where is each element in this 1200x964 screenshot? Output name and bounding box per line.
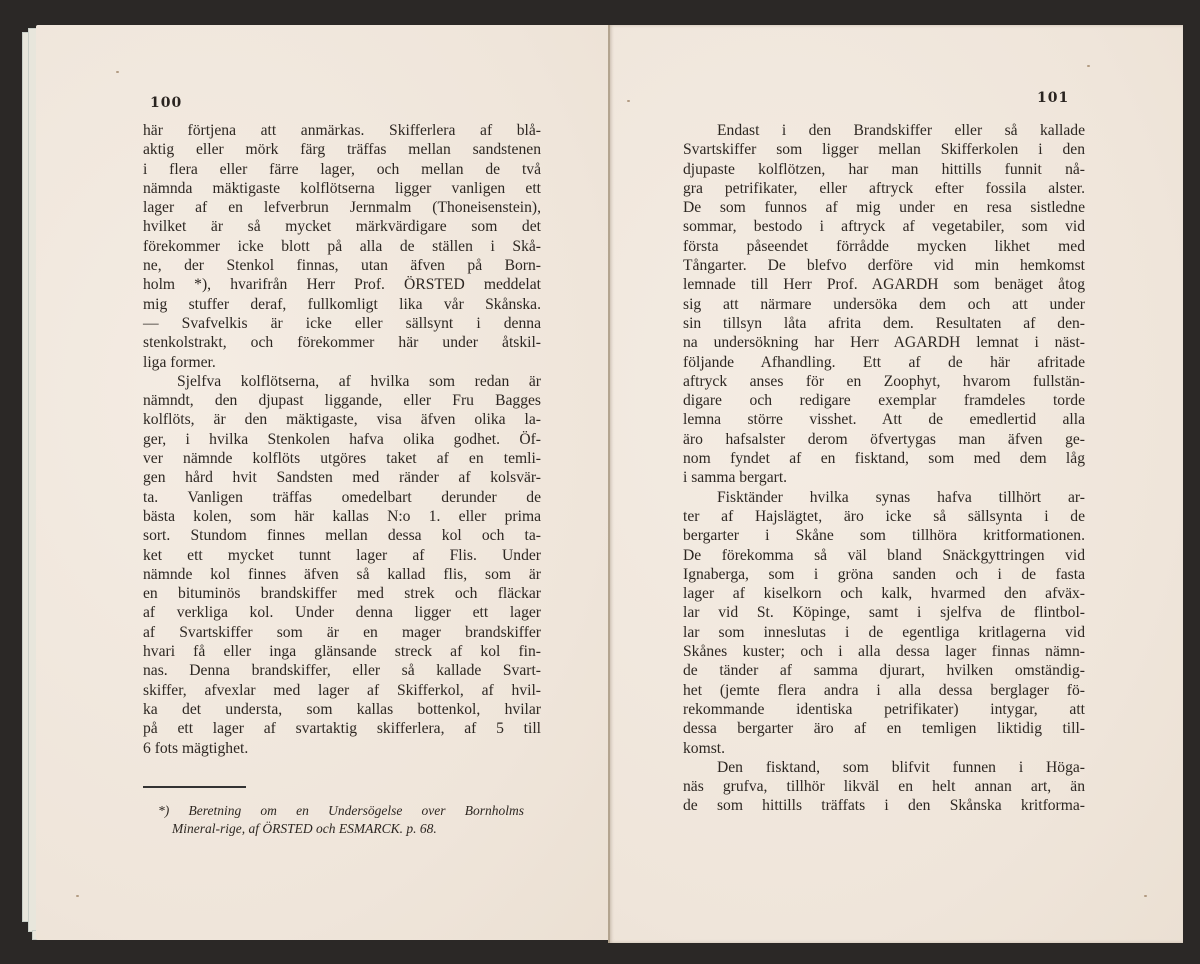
text-line: de tänder af samma djurart, hvilken omst… xyxy=(683,661,1085,680)
text-line: Sjelfva kolflötserna, af hvilka som reda… xyxy=(143,372,541,391)
text-line: Skånes kuster; och i alla dessa lager fi… xyxy=(683,642,1085,661)
text-line: sort. Stundom finnes mellan dessa kol oc… xyxy=(143,526,541,545)
text-line: De förekomma så väl bland Snäckgyttringe… xyxy=(683,546,1085,565)
text-line: rekommande identiska petrifikater) intyg… xyxy=(683,700,1085,719)
text-line: ne, der Stenkol finnas, utan äfven på Bo… xyxy=(143,256,541,275)
text-line: Fisktänder hvilka synas hafva tillhört a… xyxy=(683,488,1085,507)
text-line: ka det understa, som kallas bottenkol, h… xyxy=(143,700,541,719)
text-line: liga former. xyxy=(143,353,541,372)
footnote-line: Mineral-rige, af ÖRSTED och ESMARCK. p. … xyxy=(158,820,524,838)
text-line: nämnde kol finnes äfven så kallad flis, … xyxy=(143,565,541,584)
text-line: aktig eller mörk färg träffas mellan san… xyxy=(143,140,541,159)
text-line: ger, i hvilka Stenkolen hafva olika godh… xyxy=(143,430,541,449)
text-line: mig stuffer deraf, fullkomligt lika vår … xyxy=(143,295,541,314)
book-gutter xyxy=(608,25,610,943)
text-line: hvari få eller inga glänsande streck af … xyxy=(143,642,541,661)
text-line: ver nämnde kolflöts utgöres taket af en … xyxy=(143,449,541,468)
left-page-text: här förtjena att anmärkas. Skifferlera a… xyxy=(143,121,541,758)
text-line: lar som inneslutas i de egentliga kritla… xyxy=(683,623,1085,642)
footnote-line: *) Beretning om en Undersögelse over Bor… xyxy=(158,802,524,820)
text-line: nas. Denna brandskiffer, eller så kallad… xyxy=(143,661,541,680)
text-line: aftryck anses för en Zoophyt, hvarom ful… xyxy=(683,372,1085,391)
text-line: Tångarter. De blefvo derföre vid min hem… xyxy=(683,256,1085,275)
text-line: sin tillsyn låta afrita dem. Resultaten … xyxy=(683,314,1085,333)
footnote: *) Beretning om en Undersögelse over Bor… xyxy=(158,802,524,838)
text-line: skiffer, afvexlar med lager af Skifferko… xyxy=(143,681,541,700)
text-line: af Svartskiffer som är en mager brandski… xyxy=(143,623,541,642)
text-line: gen hård hvit Sandsten med ränder af kol… xyxy=(143,468,541,487)
text-line: 6 fots mägtighet. xyxy=(143,739,541,758)
text-line: lemnade till Herr Prof. AGARDH som benäg… xyxy=(683,275,1085,294)
text-line: ter af Hajslägtet, äro icke så sällsynta… xyxy=(683,507,1085,526)
text-line: ta. Vanligen träffas omedelbart derunder… xyxy=(143,488,541,507)
text-line: Svartskiffer som ligger mellan Skifferko… xyxy=(683,140,1085,159)
text-line: följande Afhandling. Ett af de här afrit… xyxy=(683,353,1085,372)
text-line: lar vid St. Köpinge, samt i sjelfva de f… xyxy=(683,603,1085,622)
text-line: holm *), hvarifrån Herr Prof. ÖRSTED med… xyxy=(143,275,541,294)
text-line: gra petrifikater, eller aftryck efter fo… xyxy=(683,179,1085,198)
text-line: bästa kolen, som här kallas N:o 1. eller… xyxy=(143,507,541,526)
text-line: De som funnos af mig under en resa sistl… xyxy=(683,198,1085,217)
text-line: — Svafvelkis är icke eller sällsynt i de… xyxy=(143,314,541,333)
text-line: nom fyndet af en fisktand, som med dem l… xyxy=(683,449,1085,468)
page-number-left: 100 xyxy=(150,95,182,111)
text-line: ket ett mycket tunnt lager af Flis. Unde… xyxy=(143,546,541,565)
text-line: sig att närmare undersöka dem och att un… xyxy=(683,295,1085,314)
text-line: i flera eller färre lager, och mellan de… xyxy=(143,160,541,179)
text-line: het (jemte flera andra i alla dessa berg… xyxy=(683,681,1085,700)
text-line: na undersökning har Herr AGARDH lemnat i… xyxy=(683,333,1085,352)
page-number-right: 101 xyxy=(1037,90,1069,106)
text-line: djupaste kolflötzen, har man hittills fu… xyxy=(683,160,1085,179)
text-line: i samma bergart. xyxy=(683,468,1085,487)
footnote-divider xyxy=(143,786,246,788)
text-line: näs grufva, tillhör likväl en helt annan… xyxy=(683,777,1085,796)
text-line: Ignaberga, som i gröna sanden och i de f… xyxy=(683,565,1085,584)
text-line: nämndt, den djupast liggande, eller Fru … xyxy=(143,391,541,410)
text-line: digare och redigare exemplar framdeles t… xyxy=(683,391,1085,410)
text-line: på ett lager af svartaktig skifferlera, … xyxy=(143,719,541,738)
text-line: kolflöts, är den mäktigaste, visa äfven … xyxy=(143,410,541,429)
text-line: de som hittills träffats i den Skånska k… xyxy=(683,796,1085,815)
text-line: äro hafsalster derom öfvertygas man äfve… xyxy=(683,430,1085,449)
text-line: sommar, bestodo i aftryck af vegetabiler… xyxy=(683,217,1085,236)
text-line: Den fisktand, som blifvit funnen i Höga- xyxy=(683,758,1085,777)
text-line: nämnda mäktigaste kolflötserna ligger va… xyxy=(143,179,541,198)
text-line: en bituminös brandskiffer med strek och … xyxy=(143,584,541,603)
text-line: af verkliga kol. Under denna ligger ett … xyxy=(143,603,541,622)
right-page-text: Endast i den Brandskiffer eller så kalla… xyxy=(683,121,1085,816)
text-line: komst. xyxy=(683,739,1085,758)
text-line: lemna större visshet. Att de emedlertid … xyxy=(683,410,1085,429)
text-line: lager af kiselkorn och kalk, hvarmed den… xyxy=(683,584,1085,603)
text-line: första påseendet förrådde mycken likhet … xyxy=(683,237,1085,256)
text-line: här förtjena att anmärkas. Skifferlera a… xyxy=(143,121,541,140)
text-line: hvilket är så mycket märkvärdigare som d… xyxy=(143,217,541,236)
text-line: bergarter i Skåne som tillhöra kritforma… xyxy=(683,526,1085,545)
text-line: dessa bergarter äro af en temligen likti… xyxy=(683,719,1085,738)
text-line: stenkolstrakt, och förekommer här under … xyxy=(143,333,541,352)
text-line: förekommer icke blott på alla de ställen… xyxy=(143,237,541,256)
text-line: Endast i den Brandskiffer eller så kalla… xyxy=(683,121,1085,140)
text-line: lager af en lefverbrun Jernmalm (Thoneis… xyxy=(143,198,541,217)
